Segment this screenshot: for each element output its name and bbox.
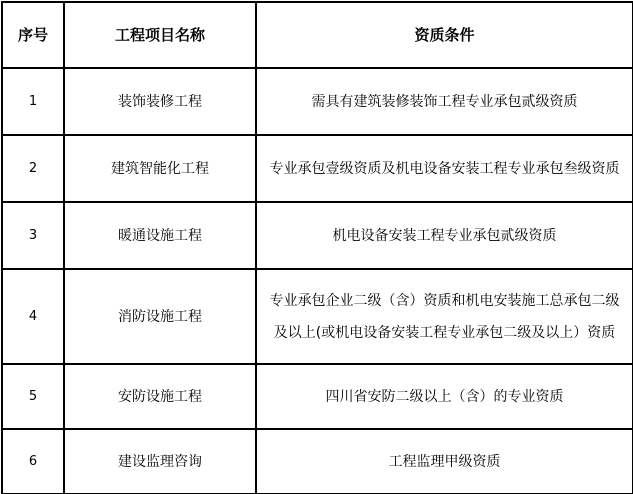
row-qualification: 专业承包壹级资质及机电设备安装工程专业承包叁级资质 [256, 135, 633, 202]
table-row: 3 暖通设施工程 机电设备安装工程专业承包贰级资质 [2, 202, 633, 269]
row-serial-no: 1 [2, 68, 64, 135]
table-row: 6 建设监理咨询 工程监理甲级资质 [2, 429, 633, 494]
table-row: 5 安防设施工程 四川省安防二级以上（含）的专业资质 [2, 364, 633, 429]
table-row: 2 建筑智能化工程 专业承包壹级资质及机电设备安装工程专业承包叁级资质 [2, 135, 633, 202]
row-project-name: 消防设施工程 [64, 269, 256, 364]
row-serial-no: 6 [2, 429, 64, 494]
row-project-name: 装饰装修工程 [64, 68, 256, 135]
row-qualification: 机电设备安装工程专业承包贰级资质 [256, 202, 633, 269]
table-row: 4 消防设施工程 专业承包企业二级（含）资质和机电安装施工总承包二级及以上(或机… [2, 269, 633, 364]
row-project-name: 安防设施工程 [64, 364, 256, 429]
header-qualification: 资质条件 [256, 2, 633, 68]
row-qualification: 工程监理甲级资质 [256, 429, 633, 494]
row-qualification: 专业承包企业二级（含）资质和机电安装施工总承包二级及以上(或机电设备安装工程专业… [256, 269, 633, 364]
qualification-table: 序号 工程项目名称 资质条件 1 装饰装修工程 需具有建筑装修装饰工程专业承包贰… [1, 1, 633, 494]
row-serial-no: 5 [2, 364, 64, 429]
table-header-row: 序号 工程项目名称 资质条件 [2, 2, 633, 68]
row-project-name: 建筑智能化工程 [64, 135, 256, 202]
row-qualification: 四川省安防二级以上（含）的专业资质 [256, 364, 633, 429]
header-serial-no: 序号 [2, 2, 64, 68]
row-serial-no: 3 [2, 202, 64, 269]
table-row: 1 装饰装修工程 需具有建筑装修装饰工程专业承包贰级资质 [2, 68, 633, 135]
header-project-name: 工程项目名称 [64, 2, 256, 68]
row-project-name: 建设监理咨询 [64, 429, 256, 494]
row-project-name: 暖通设施工程 [64, 202, 256, 269]
row-serial-no: 4 [2, 269, 64, 364]
row-serial-no: 2 [2, 135, 64, 202]
row-qualification: 需具有建筑装修装饰工程专业承包贰级资质 [256, 68, 633, 135]
